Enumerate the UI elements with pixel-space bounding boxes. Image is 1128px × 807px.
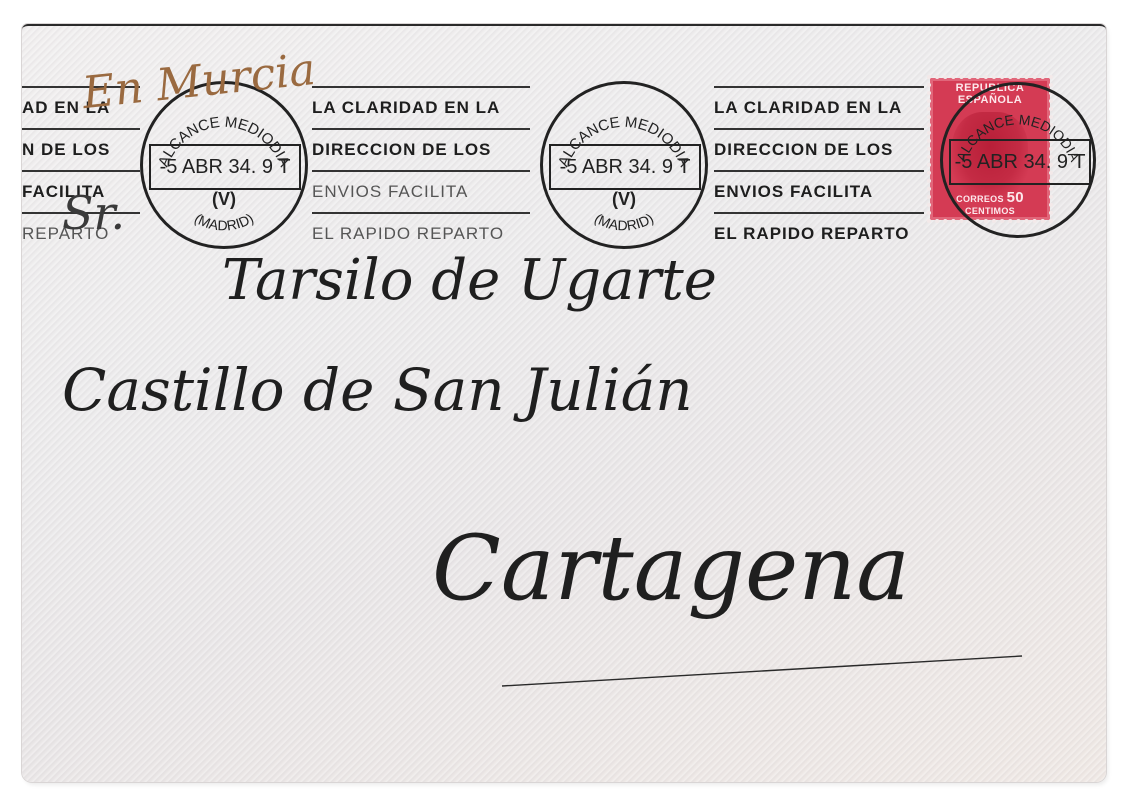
slogan-cancel: LA CLARIDAD EN LA DIRECCION DE LOS ENVIO… bbox=[312, 86, 530, 254]
svg-text:(MADRID): (MADRID) bbox=[192, 210, 256, 233]
slogan-line: N DE LOS bbox=[22, 128, 140, 170]
slogan-line: ENVIOS FACILITA bbox=[312, 170, 530, 212]
slogan-line: LA CLARIDAD EN LA bbox=[312, 86, 530, 128]
slogan-line: DIRECCION DE LOS bbox=[714, 128, 924, 170]
svg-text:(MADRID): (MADRID) bbox=[592, 210, 656, 233]
postmark-code: (V) bbox=[543, 189, 705, 210]
postmark-code: (V) bbox=[143, 189, 305, 210]
honorific: Sr. bbox=[62, 186, 125, 240]
postmark-circle: ALCANCE MEDIODIA (MADRID) -5 ABR 34. 9 T… bbox=[540, 81, 708, 249]
postmark-date: -5 ABR 34. 9 T bbox=[549, 144, 701, 190]
postmark-date: -5 ABR 34. 9 T bbox=[149, 144, 301, 190]
slogan-line: DIRECCION DE LOS bbox=[312, 128, 530, 170]
slogan-line: LA CLARIDAD EN LA bbox=[714, 86, 924, 128]
underline-flourish bbox=[482, 626, 1042, 716]
postmark-circle-over-stamp: ALCANCE MEDIODIA -5 ABR 34. 9 T bbox=[940, 82, 1096, 238]
slogan-line: EL RAPIDO REPARTO bbox=[714, 212, 924, 254]
slogan-line: ENVIOS FACILITA bbox=[714, 170, 924, 212]
address-line-name: Tarsilo de Ugarte bbox=[222, 248, 717, 313]
postmark-date: -5 ABR 34. 9 T bbox=[949, 139, 1091, 185]
address-line-city: Cartagena bbox=[432, 516, 910, 621]
address-line-street: Castillo de San Julián bbox=[62, 356, 693, 424]
slogan-cancel: LA CLARIDAD EN LA DIRECCION DE LOS ENVIO… bbox=[714, 86, 924, 254]
